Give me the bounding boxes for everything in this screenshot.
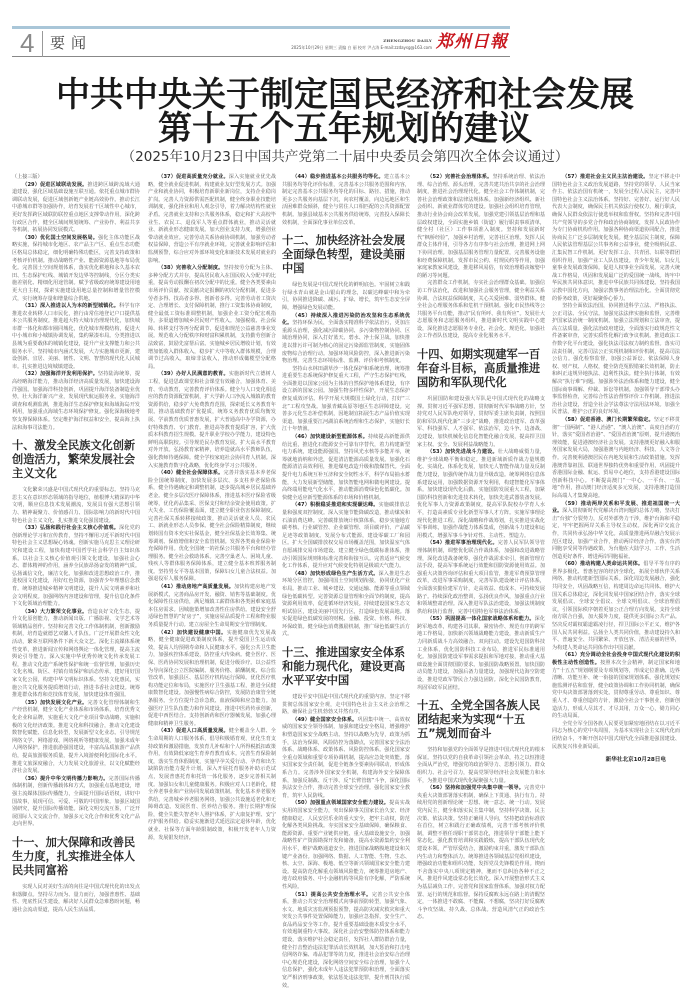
paragraph-34: （34）大力繁荣文化事业。营造良好文化生态，提升文化原创能力，推动新闻出版、广播… — [12, 609, 140, 700]
paragraph-body: 坚持系统治理、依法治理、综合治理、源头治理，完善共建共治共享的社会治理制度，推进… — [417, 174, 545, 279]
paragraph-heading: （39）办好人民满意的教育。 — [158, 371, 229, 377]
paragraph-body: 强化主体功能区战略实施，保持城市化地区、农产品主产区、重点生态功能区格局总体稳定… — [12, 235, 140, 302]
section-name: 要闻 — [50, 33, 92, 53]
paragraph-heading: （41）推动房地产高质量发展。 — [158, 584, 234, 590]
paragraph-body: 实施新时代立德树人工程，促进思政课堂和社会课堂有效融合，加强体育、美育、劳动教育… — [148, 371, 276, 468]
paragraph-heading: （43）促进人口高质量发展。 — [158, 728, 229, 734]
paragraph-54: （54）推进军事治理现代化。完善人民军队领导管理体制机制，调整优化联合作战体系，… — [417, 540, 545, 616]
paragraph-57-cont: 坚持全面依法治国，协同推进科学立法、严格执法、公正司法、全民守法。加强宪法法律实… — [552, 303, 680, 417]
paragraph-29: （29）促进区域联动发展。推进跨区域跨流域大通道建设，强化区域基础设施互联互通。… — [12, 182, 140, 235]
paragraph-46: （46）加快建设新型能源体系。持续提高新能源供给比重，推进化石能源安全可靠有序替… — [282, 434, 410, 502]
section-heading-13: 十三、推进国家安全体系和能力现代化，建设更高水平平安中国 — [282, 646, 410, 688]
issue-line: 2025年10月29日 星期三 责编 白 丽 校对 尹占涛 E-mail:zzd… — [291, 44, 432, 51]
dateline-signoff: 新华社北京10月28日电 — [552, 757, 680, 765]
paragraph-heading: （47）积极稳妥推进和实现碳达峰。 — [292, 502, 378, 508]
paragraph-body: 实施健康优先发展战略，健全健康促进政策制度体系，提升爱国卫生运动成效，提高人均预… — [148, 630, 276, 727]
text-column-2: （37）促进高质量充分就业。深入实施就业优先战略，健全就业促进机制，构建就业友好… — [148, 174, 276, 842]
section-heading-10: 十、激发全民族文化创新创造活力，繁荣发展社会主义文化 — [12, 439, 140, 481]
paragraph-heading: （58）促进香港、澳门长期繁荣稳定。 — [562, 417, 654, 423]
paragraph-41: （41）推动房地产高质量发展。加快构建房地产发展新模式，完善商品房开发、融资、销… — [148, 584, 276, 630]
paragraph-60: （60）推动构建人类命运共同体。倡导平等有序的世界多极化、普惠包容的经济全球化，… — [552, 561, 680, 652]
paragraph-heading: （34）大力繁荣文化事业。 — [22, 609, 87, 615]
paragraph-heading: （52）完善社会治理体系。 — [427, 174, 492, 180]
paragraph-heading: （60）推动构建人类命运共同体。 — [562, 561, 643, 567]
section-14-intro: 巩固国防和建设强大军队是中国式现代化的战略支撑。贯彻习近平强军思想，贯彻新时代军… — [417, 396, 545, 449]
paragraph-heading: （44）稳步推进基本公共服务均等化。 — [292, 174, 384, 180]
paragraph-38: （38）完善收入分配制度。坚持按劳分配为主体、多种分配方式并存，提高居民收入在国… — [148, 265, 276, 371]
paragraph-heading: （40）健全社会保障体系。 — [158, 470, 223, 476]
paragraph-57: （57）推进社会主义民主法治建设。坚定不移走中国特色社会主义政治发展道路，坚持党… — [552, 174, 680, 303]
paragraph-heading: （36）提升中华文明传播力影响力。 — [22, 776, 108, 782]
closing-paragraph: 全党全军全国各族人民要更加紧密地团结在以习近平同志为核心的党中央周围，为基本实现… — [552, 721, 680, 751]
paragraph-heading: （46）加快建设新型能源体系。 — [292, 434, 368, 440]
paragraph-heading: （56）坚持和加强党中央集中统一领导。 — [427, 785, 524, 791]
paragraph-body: 完善文化管理体制和生产经营机制，健全文化产业体系和市场体系，培育优秀文化企业和品… — [12, 700, 140, 774]
paragraph-body: 完善公共安全体系，推动公共安全治理模式向事前预防转型，加强气象、水文、地质灾害监… — [282, 892, 410, 989]
paragraph-heading: （32）加强海洋开发利用保护。 — [22, 371, 98, 377]
paragraph-52: （52）完善社会治理体系。坚持系统治理、依法治理、综合治理、源头治理，完善共建共… — [417, 174, 545, 280]
headline-subtitle: （2025年10月23日中国共产党第二十届中央委员会第四次全体会议通过） — [0, 148, 690, 166]
paragraph-33: （33）弘扬和践行社会主义核心价值观。深化党的创新理论学习和宣传教育，坚持不懈用… — [12, 525, 140, 609]
paragraph-body: 倡导平等有序的世界多极化、普惠包容的经济全球化，拓展全球伙伴关系网络，推动构建新… — [552, 561, 680, 651]
paragraph-53: （53）加快先进战斗力建设。壮大战略威慑力量，维护全球战略平衡和稳定。推进新域新… — [417, 449, 545, 540]
paragraph-heading: （53）加快先进战斗力建设。 — [427, 449, 498, 455]
paragraph-heading: （33）弘扬和践行社会主义核心价值观。 — [22, 525, 119, 531]
section-heading-12: 十二、加快经济社会发展全面绿色转型，建设美丽中国 — [282, 234, 410, 276]
section-15-intro: 坚持和加强党的全面领导是推进中国式现代化的根本保证。坚持以党的自我革命引领社会革… — [417, 747, 545, 785]
section-heading-14: 十四、如期实现建军一百年奋斗目标，高质量推进国防和军队现代化 — [417, 348, 545, 390]
paragraph-42: （42）加快建设健康中国。实施健康优先发展战略，健全健康促进政策制度体系，提升爱… — [148, 630, 276, 729]
paragraph-39: （39）办好人民满意的教育。实施新时代立德树人工程，促进思政课堂和社会课堂有效融… — [148, 371, 276, 470]
paragraph-body: 加快构建房地产发展新模式，完善商品房开发、融资、销售等基础制度。优化保障性住房供… — [148, 584, 276, 628]
paragraph-heading: （57）推进社会主义民主法治建设。 — [562, 174, 648, 180]
paragraph-32: （32）加强海洋开发利用保护。坚持陆海统筹，提高经略海洋能力，推动海洋经济高质量… — [12, 371, 140, 432]
paragraph-61: （61）充分调动全社会投身中国式现代化建设的积极性主动性创造性。按照本次全会精神… — [552, 652, 680, 720]
paragraph-body: 坚持环保为民，全面落实精准科学依法治污，更加注重源头治理，强化减污降碳协同、多污… — [282, 320, 410, 364]
section-heading-11: 十一、加大保障和改善民生力度，扎实推进全体人民共同富裕 — [12, 836, 140, 878]
text-column-1: （上接三版） （29）促进区域联动发展。推进跨区域跨流域大通道建设，强化区域基础… — [12, 174, 140, 914]
paragraph-heading: （37）促进高质量充分就业。 — [158, 174, 229, 180]
paragraph-body: 完善党中央重大决策部署落实机制，确保上下贯通、执行有力。持续用党的创新理论统一思… — [417, 785, 545, 920]
paragraph-heading: （30）优化国土空间发展格局。 — [22, 235, 98, 241]
paragraph-heading: （42）加快建设健康中国。 — [158, 630, 226, 636]
paragraph-55: （55）巩固提高一体化国家战略体系和能力。深化跨军地改革，构建各司其职、紧密协作… — [417, 616, 545, 692]
section-12-intro: 绿色发展是中国式现代化的鲜明底色。牢固树立和践行绿水青山就是金山银山的理念，以碳… — [282, 282, 410, 312]
paragraph-body: 坚定不移贯彻“一国两制”、“港人治港”、“澳人治澳”、高度自治的方针，落实“爱国… — [552, 417, 680, 499]
text-column-3: （44）稳步推进基本公共服务均等化。建立基本公共服务均等化评价标准，完善基本公共… — [282, 174, 410, 990]
text-column-4: （52）完善社会治理体系。坚持系统治理、依法治理、综合治理、源头治理，完善共建共… — [417, 174, 545, 922]
paragraph-47: （47）积极稳妥推进和实现碳达峰。实施碳排放总量和强度双控制度。深入实施节能降碳… — [282, 502, 410, 570]
paragraph-45: （45）持续深入推进污染防治攻坚和生态系统优化。坚持环保为民，全面落实精准科学依… — [282, 313, 410, 366]
paragraph-heading: （48）加快形成绿色生产生活方式。 — [292, 571, 378, 577]
paragraph-body: 完善国际传播体制机制，创新传播载体和方式，加强重点基地建设，增强主流媒体国际传播… — [12, 776, 140, 828]
text-column-5: （57）推进社会主义民主法治建设。坚定不移走中国特色社会主义政治发展道路，坚持党… — [552, 174, 680, 765]
continued-from: （上接三版） — [12, 174, 140, 182]
paragraph-40: （40）健全社会保障体系。完善并落实基本养老保险全国统筹制度，加快发展多层次、多… — [148, 470, 276, 584]
paragraph-43: （43）促进人口高质量发展。健全覆盖全人群、全生命周期的人口服务体系，倡导积极婚… — [148, 728, 276, 842]
paragraph-body: 建立基本公共服务均等化评价标准，完善基本公共服务范围和内容，制定完善基本公共服务… — [282, 174, 410, 226]
paragraph-59: （59）推动两岸关系和平发展、推进祖国统一大业。深入贯彻新时代党解决台湾问题的总… — [552, 501, 680, 562]
paragraph-body: 深入推进生态环境分区管控，加强同国土空间规划衔接，协同优化产业布局。推动工业、城… — [282, 571, 410, 638]
paragraph-heading: （51）提高公共安全治理水平。 — [292, 892, 372, 898]
paragraph-body: 持续提高新能源供给比重，推进化石能源安全可靠有序替代，着力构建新型电力系统，建设… — [282, 434, 410, 501]
paragraph-body: 坚持按劳分配为主体、多种分配方式并存，提高居民收入在国民收入分配中的比重，提高劳… — [148, 265, 276, 370]
paragraph-body: 完善并落实基本养老保险全国统筹制度，加快发展多层次、多支柱养老保险体系，健全待遇… — [148, 470, 276, 582]
paragraph-heading: （35）加快发展文化产业。 — [22, 700, 87, 706]
paragraph-body: 提高实战实用的国家安全能力，突出保障事关国家长治久安、经济健康稳定、人民安居乐业… — [282, 800, 410, 890]
paragraph-35: （35）加快发展文化产业。完善文化管理体制和生产经营机制，健全文化产业体系和市场… — [12, 700, 140, 776]
paragraph-51: （51）提高公共安全治理水平。完善公共安全体系，推动公共安全治理模式向事前预防转… — [282, 892, 410, 991]
paragraph-heading: （50）加强重点领域国家安全能力建设。 — [292, 800, 389, 806]
headline-line-2: 第十五个五年规划的建议 — [0, 110, 690, 148]
paragraph-body: 实施碳排放总量和强度双控制度。深入实施节能降碳改造，推动煤炭和石油消费达峰。完善… — [282, 502, 410, 569]
paragraph-49: （49）健全国家安全体系。巩固集中统一、高效权威的国家安全领导体制，加强和建设安… — [282, 717, 410, 801]
paragraph-48: （48）加快形成绿色生产生活方式。深入推进生态环境分区管控，加强同国土空间规划衔… — [282, 571, 410, 639]
section-heading-15: 十五、全党全国各族人民团结起来为实现“十五五”规划而奋斗 — [417, 699, 545, 741]
paragraph-36: （36）提升中华文明传播力影响力。完善国际传播体制机制，创新传播载体和方式，加强… — [12, 776, 140, 829]
paragraph-body: 按照本次全会精神，制定国家和地方“十五五”规划纲要及专项规划等，形成定位准确、边… — [552, 660, 680, 719]
paragraph-body: 深化党的创新理论学习和宣传教育，坚持不懈用习近平新时代中国特色社会主义思想凝心铸… — [12, 525, 140, 607]
newspaper-logo: 郑州日報 — [436, 31, 508, 53]
paragraph-heading: （31）深入推进以人为本的新型城镇化。 — [22, 303, 119, 309]
issue-info: ZHENGZHOU DAILY 2025年10月29日 星期三 责编 白 丽 校… — [291, 38, 432, 51]
paragraph-heading: （55）巩固提高一体化国家战略体系和能力。 — [427, 616, 534, 622]
paragraph-body: 深化跨军地改革，构建各司其职、紧密协作、规范有序的跨军地工作格局。加快新兴领域战… — [417, 616, 545, 690]
paragraph-body: 健全覆盖全人群、全生命周期的人口服务体系，倡导积极婚育观，优化生育支持政策和激励… — [148, 728, 276, 840]
paragraph-body: 完善人民军队领导管理体制机制，调整优化联合作战体系，加强和改进战略管理，深化改进… — [417, 540, 545, 614]
paragraph-heading: （29）促进区域联动发展。 — [22, 182, 87, 188]
paragraph-body: 深入实施就业优先战略，健全就业促进机制，构建就业友好型发展方式。加强产业和就业协… — [148, 174, 276, 264]
paragraph-body: 深入贯彻新时代党解决台湾问题的总体方略，坚决打击“台独”分裂势力，反对外部势力干… — [552, 508, 680, 560]
paragraph-body: 坚持陆海统筹，提高经略海洋能力，推动海洋经济高质量发展，加快建设海洋强国。加强海… — [12, 371, 140, 430]
paragraph-45-cont: 坚持山水林田湖草沙一体化保护和系统治理，统筹推进重要生态系统保护修复重大工程，严… — [282, 366, 410, 434]
paragraph-body: 壮大战略威慑力量，维护全球战略平衡和稳定。推进新域新质作战力量规模化、实战化、体… — [417, 449, 545, 539]
paragraph-body: 坚定不移走中国特色社会主义政治发展道路，坚持党的领导、人民当家作主、依法治国有机… — [552, 174, 680, 302]
masthead-divider — [42, 31, 43, 57]
paragraph-44: （44）稳步推进基本公共服务均等化。建立基本公共服务均等化评价标准，完善基本公共… — [282, 174, 410, 227]
paragraph-body: 科学有序推进农业转移人口市民化，推行由常住地登记户口提供基本公共服务制度。推进超… — [12, 303, 140, 370]
paragraph-31: （31）深入推进以人为本的新型城镇化。科学有序推进农业转移人口市民化，推行由常住… — [12, 303, 140, 371]
section-11-intro: 实现人民对美好生活的向往是中国式现代化的出发点和落脚点。坚持尽力而为、量力而行，… — [12, 884, 140, 914]
paragraph-body: 推进跨区域跨流域大通道建设，强化区域基础设施互联互通。依托重点城市群协调联动发展… — [12, 182, 140, 234]
paragraph-37: （37）促进高质量充分就业。深入实施就业优先战略，健全就业促进机制，构建就业友好… — [148, 174, 276, 265]
paragraph-56: （56）坚持和加强党中央集中统一领导。完善党中央重大决策部署落实机制，确保上下贯… — [417, 785, 545, 922]
paragraph-heading: （38）完善收入分配制度。 — [158, 265, 223, 271]
paragraph-body: 营造良好文化生态，提升文化原创能力，推动新闻出版、广播影视、文学艺术等领域精品创… — [12, 609, 140, 699]
paragraph-body: 巩固集中统一、高效权威的国家安全领导体制，加强和建设安全格局，增强维护和塑造国家… — [282, 717, 410, 799]
paragraph-heading: （49）健全国家安全体系。 — [292, 717, 357, 723]
section-10-intro: 文化繁荣兴盛是中国式现代化的重要标志。坚持马克思主义在意识形态领域的指导地位，植… — [12, 487, 140, 525]
section-13-intro: 建设平安中国是中国式现代化的重要内容。坚定不移贯彻总体国家安全观，走中国特色社会… — [282, 694, 410, 717]
masthead: 4 要闻 ZHENGZHOU DAILY 2025年10月29日 星期三 责编 … — [12, 29, 510, 57]
paragraph-heading: （54）推进军事治理现代化。 — [427, 540, 498, 546]
paragraph-52-cont: 完善群众工作机制，夯实社会治理群众基础。加强信访工作法治化，改进和加强社会服务管… — [417, 280, 545, 341]
paragraph-30: （30）优化国土空间发展格局。强化主体功能区战略实施，保持城市化地区、农产品主产… — [12, 235, 140, 303]
paragraph-58: （58）促进香港、澳门长期繁荣稳定。坚定不移贯彻“一国两制”、“港人治港”、“澳… — [552, 417, 680, 501]
page-number: 4 — [20, 29, 34, 57]
paragraph-50: （50）加强重点领域国家安全能力建设。提高实战实用的国家安全能力，突出保障事关国… — [282, 800, 410, 891]
